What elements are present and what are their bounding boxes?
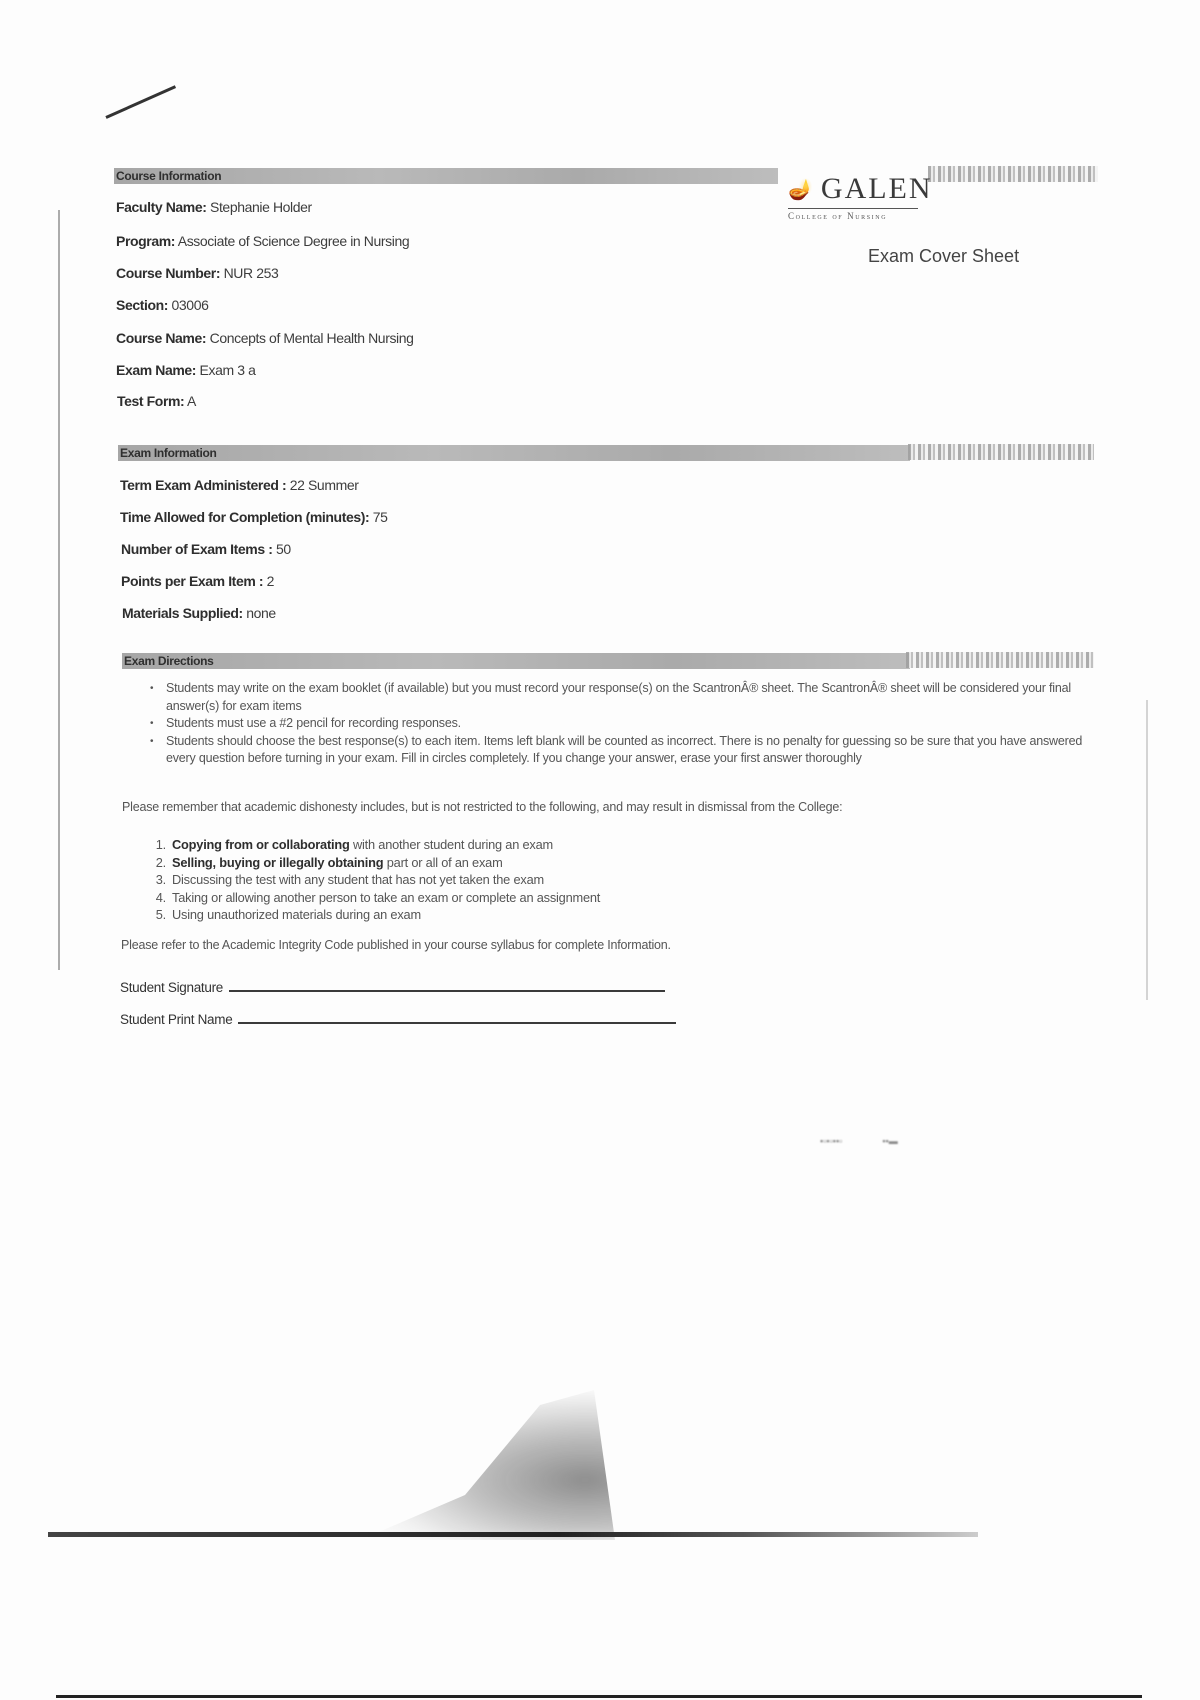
- handwritten-strikethrough: [105, 85, 176, 119]
- scan-smudge: [360, 1390, 660, 1540]
- scan-fold-line: [48, 1532, 978, 1537]
- field-test-form: Test Form: A: [117, 393, 196, 409]
- field-program: Program: Associate of Science Degree in …: [116, 233, 409, 249]
- student-signature-field[interactable]: [229, 990, 665, 992]
- field-term-administered: Term Exam Administered : 22 Summer: [120, 477, 359, 493]
- barcode-middle: [908, 444, 1094, 460]
- barcode-bottom: [906, 652, 1094, 668]
- direction-item: Students should choose the best response…: [150, 733, 1090, 768]
- page-edge-line: [56, 1695, 1142, 1698]
- illegible-smear: ▪▫▪▫▪▪▫ ▪▪▬: [820, 1136, 1010, 1150]
- direction-item: Students must use a #2 pencil for record…: [150, 715, 1090, 733]
- logo-subtitle: College of Nursing: [788, 211, 918, 221]
- right-margin-shadow: [1146, 700, 1148, 1000]
- student-print-name-field[interactable]: [238, 1022, 676, 1024]
- direction-item: Students may write on the exam booklet (…: [150, 680, 1090, 715]
- field-course-name: Course Name: Concepts of Mental Health N…: [116, 330, 414, 346]
- dishonesty-rules-list: 1.Copying from or collaborating with ano…: [144, 836, 600, 924]
- integrity-code-note: Please refer to the Academic Integrity C…: [121, 938, 671, 952]
- field-course-number: Course Number: NUR 253: [116, 265, 278, 281]
- student-print-name-row: Student Print Name: [120, 1012, 676, 1027]
- rule-item: 4.Taking or allowing another person to t…: [144, 889, 600, 907]
- rule-item: 3.Discussing the test with any student t…: [144, 871, 600, 889]
- logo-name: GALEN: [821, 172, 933, 206]
- dishonesty-intro: Please remember that academic dishonesty…: [122, 800, 842, 814]
- cover-sheet-title: Exam Cover Sheet: [868, 246, 1019, 267]
- left-margin-shadow: [58, 210, 60, 970]
- course-information-header: Course Information: [114, 168, 778, 184]
- field-section: Section: 03006: [116, 297, 208, 313]
- student-print-name-label: Student Print Name: [120, 1012, 232, 1027]
- field-faculty-name: Faculty Name: Stephanie Holder: [116, 199, 312, 215]
- field-time-allowed: Time Allowed for Completion (minutes): 7…: [120, 509, 388, 525]
- field-number-of-items: Number of Exam Items : 50: [121, 541, 291, 557]
- rule-item: 5.Using unauthorized materials during an…: [144, 906, 600, 924]
- barcode-top: [928, 166, 1098, 182]
- lamp-icon: 🪔: [788, 177, 815, 202]
- field-materials-supplied: Materials Supplied: none: [122, 605, 276, 621]
- exam-directions-header: Exam Directions: [122, 653, 910, 669]
- exam-information-header: Exam Information: [118, 445, 910, 461]
- student-signature-row: Student Signature: [120, 980, 665, 995]
- student-signature-label: Student Signature: [120, 980, 223, 995]
- field-exam-name: Exam Name: Exam 3 a: [116, 362, 256, 378]
- directions-list: Students may write on the exam booklet (…: [150, 680, 1090, 768]
- rule-item: 2.Selling, buying or illegally obtaining…: [144, 854, 600, 872]
- field-points-per-item: Points per Exam Item : 2: [121, 573, 274, 589]
- galen-logo: 🪔 GALEN College of Nursing: [788, 172, 918, 221]
- rule-item: 1.Copying from or collaborating with ano…: [144, 836, 600, 854]
